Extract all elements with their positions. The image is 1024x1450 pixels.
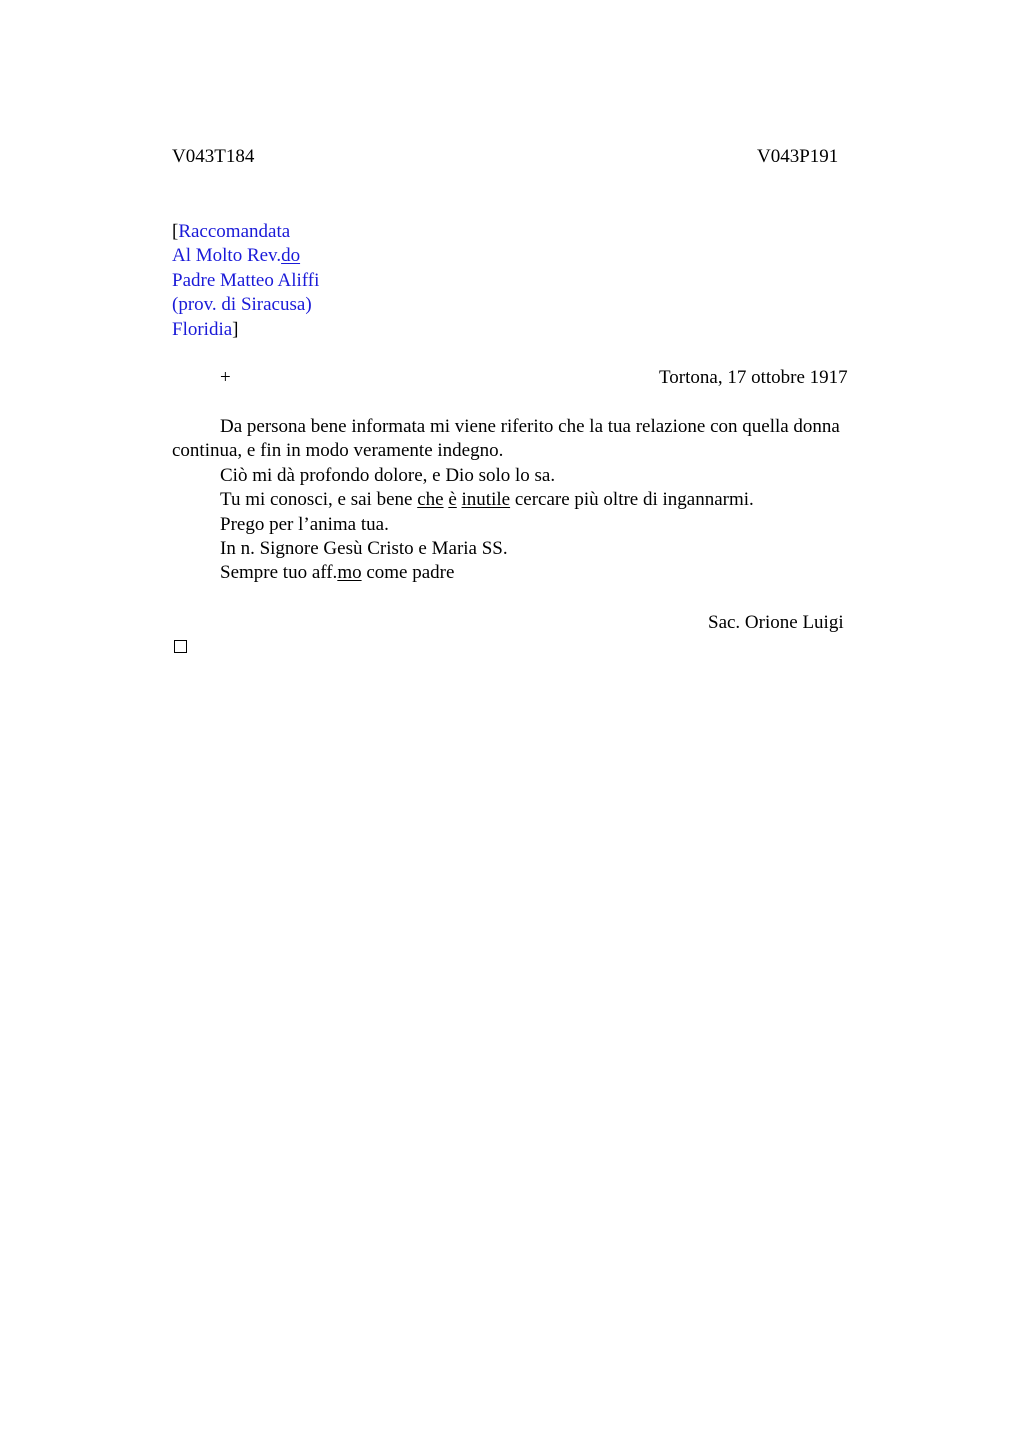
address-line-5: Floridia] (172, 318, 319, 342)
cross-symbol: + (220, 366, 231, 390)
paragraph-5: In n. Signore Gesù Cristo e Maria SS. (172, 537, 894, 561)
paragraph-3: Tu mi conosci, e sai bene che è inutile … (172, 488, 894, 512)
place-date: Tortona, 17 ottobre 1917 (659, 366, 848, 390)
letter-body: Da persona bene informata mi viene rifer… (172, 415, 894, 586)
address-line-3: Padre Matteo Aliffi (172, 269, 319, 293)
address-line-1: [Raccomandata (172, 220, 319, 244)
volume-page-code: V043P191 (757, 145, 838, 169)
address-line-4: (prov. di Siracusa) (172, 293, 319, 317)
paragraph-2: Ciò mi dà profondo dolore, e Dio solo lo… (172, 464, 894, 488)
paragraph-1: Da persona bene informata mi viene rifer… (172, 415, 894, 464)
signature: Sac. Orione Luigi (708, 611, 844, 635)
volume-text-code: V043T184 (172, 145, 254, 169)
address-block: [Raccomandata Al Molto Rev.do Padre Matt… (172, 220, 319, 342)
close-bracket: ] (232, 319, 238, 340)
address-line-2: Al Molto Rev.do (172, 244, 319, 268)
end-square-icon (174, 640, 187, 653)
paragraph-4: Prego per l’anima tua. (172, 513, 894, 537)
paragraph-6: Sempre tuo aff.mo come padre (172, 561, 894, 585)
